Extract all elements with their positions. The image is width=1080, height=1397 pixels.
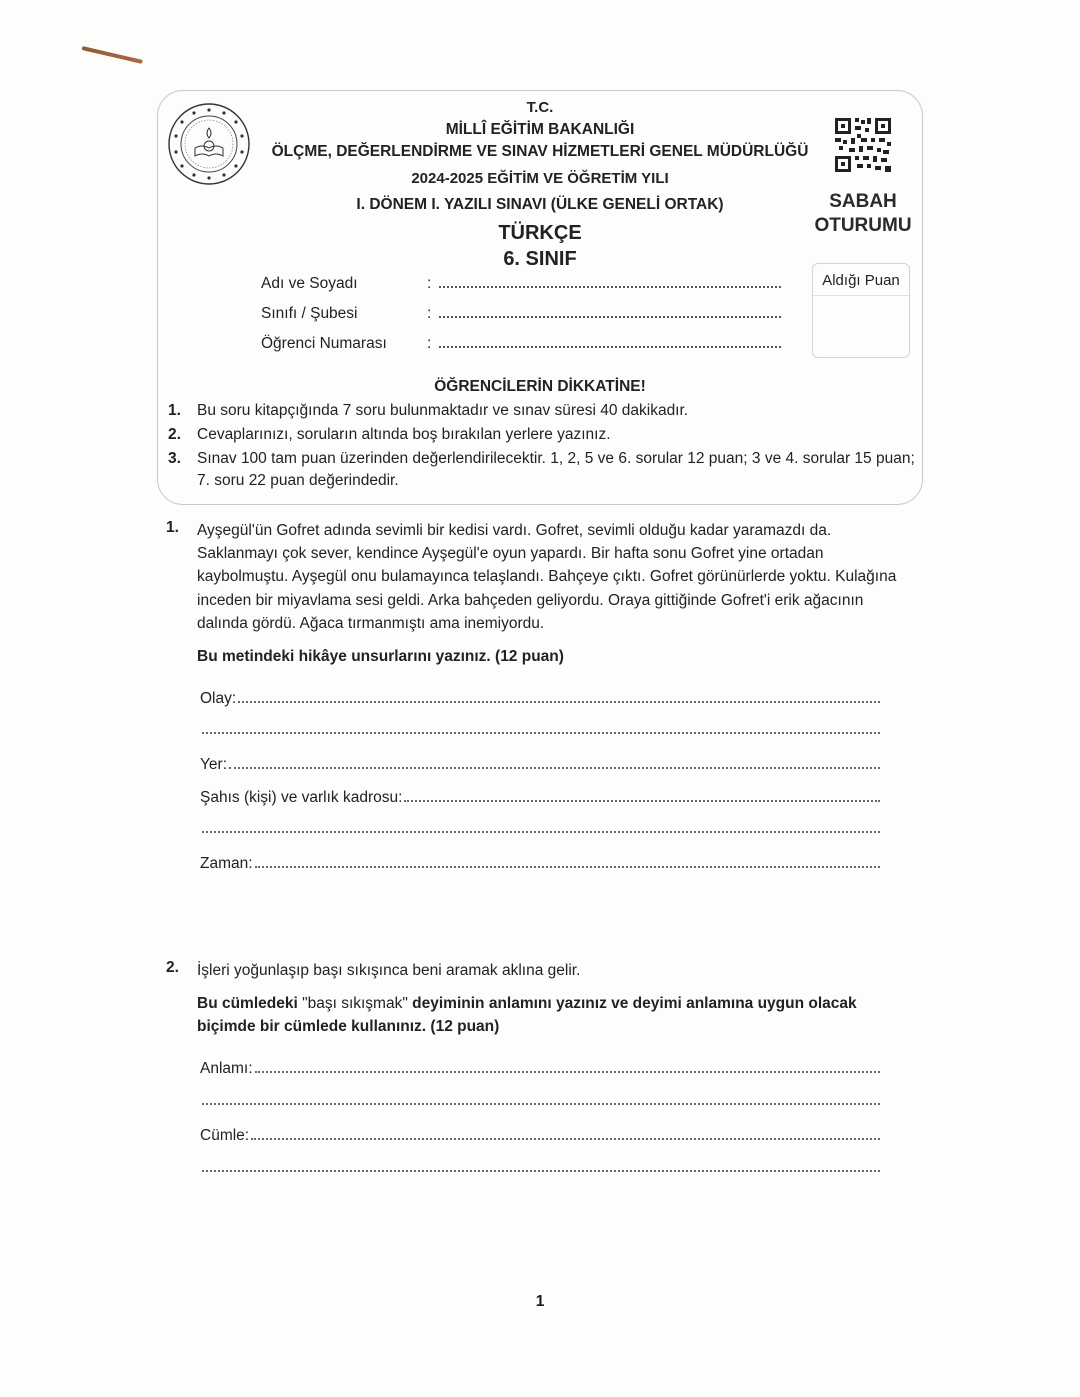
number-input-line[interactable] [439, 336, 781, 348]
answer-line-continuation[interactable] [200, 822, 880, 833]
answer-input-line[interactable] [255, 857, 880, 868]
qr-code-icon [835, 118, 891, 172]
question-passage: Ayşegül'ün Gofret adında sevimli bir ked… [197, 519, 916, 635]
answer-line-characters[interactable]: Şahıs (kişi) ve varlık kadrosu: [200, 789, 880, 807]
question-prompt: Bu metindeki hikâye unsurlarını yazınız.… [197, 645, 916, 668]
notice-text: Bu soru kitapçığında 7 soru bulunmaktadı… [197, 400, 688, 422]
ministry-seal-icon [167, 102, 251, 186]
field-colon: : [427, 275, 437, 293]
answer-line-event[interactable]: Olay: [200, 690, 880, 708]
answer-line-meaning[interactable]: Anlamı: [200, 1060, 880, 1078]
country-label: T.C. [255, 98, 825, 120]
pen-mark [82, 46, 143, 64]
question-1: 1. Ayşegül'ün Gofret adında sevimli bir … [166, 519, 916, 668]
answer-line-sentence[interactable]: Cümle: [200, 1127, 880, 1145]
student-name-field[interactable]: Adı ve Soyadı : [261, 275, 781, 305]
answer-label: Cümle: [200, 1127, 249, 1145]
question-sentence: İşleri yoğunlaşıp başı sıkışınca beni ar… [197, 959, 916, 982]
notice-item: 1. Bu soru kitapçığında 7 soru bulunmakt… [168, 400, 918, 422]
exam-title-block: T.C. MİLLÎ EĞİTİM BAKANLIĞI ÖLÇME, DEĞER… [255, 98, 825, 273]
question-number: 2. [166, 959, 197, 1038]
notice-number: 1. [168, 400, 197, 422]
answer-input-line[interactable] [202, 822, 880, 833]
answer-input-line[interactable] [255, 1062, 880, 1073]
answer-input-line[interactable] [202, 1094, 880, 1105]
answer-label: Zaman: [200, 855, 253, 873]
answer-input-line[interactable] [202, 1161, 880, 1172]
field-colon: : [427, 335, 437, 353]
notice-list: 1. Bu soru kitapçığında 7 soru bulunmakt… [168, 400, 918, 494]
answer-label: Anlamı: [200, 1060, 253, 1078]
question-number: 1. [166, 519, 197, 668]
class-input-line[interactable] [439, 306, 781, 318]
notice-text: Cevaplarınızı, soruların altında boş bır… [197, 424, 611, 446]
session-line-2: OTURUMU [808, 214, 918, 238]
notice-number: 3. [168, 448, 197, 492]
field-label: Sınıfı / Şubesi [261, 305, 427, 323]
student-number-field[interactable]: Öğrenci Numarası : [261, 335, 781, 365]
prompt-part: Bu cümledeki [197, 995, 302, 1012]
answer-label: Olay: [200, 690, 236, 708]
field-label: Adı ve Soyadı [261, 275, 427, 293]
notice-number: 2. [168, 424, 197, 446]
question-prompt: Bu cümledeki "başı sıkışmak" deyiminin a… [197, 992, 916, 1038]
answer-line-continuation[interactable] [200, 1161, 880, 1172]
session-label: SABAH OTURUMU [808, 190, 918, 238]
notice-item: 3. Sınav 100 tam puan üzerinden değerlen… [168, 448, 918, 492]
answer-input-line[interactable] [404, 791, 880, 802]
page-number: 1 [530, 1293, 550, 1311]
notice-text: Sınav 100 tam puan üzerinden değerlendir… [197, 448, 918, 492]
academic-year: 2024-2025 EĞİTİM VE ÖĞRETİM YILI [255, 169, 825, 191]
score-label: Aldığı Puan [813, 264, 909, 296]
name-input-line[interactable] [439, 276, 781, 288]
answer-input-line[interactable] [229, 758, 880, 769]
subject-title: TÜRKÇE [255, 221, 825, 247]
exam-name: I. DÖNEM I. YAZILI SINAVI (ÜLKE GENELİ O… [255, 195, 825, 217]
answer-line-time[interactable]: Zaman: [200, 855, 880, 873]
idiom-quote: "başı sıkışmak" [302, 995, 408, 1012]
answer-input-line[interactable] [238, 692, 880, 703]
notice-title: ÖĞRENCİLERİN DİKKATİNE! [157, 378, 923, 396]
ministry-name: MİLLÎ EĞİTİM BAKANLIĞI [255, 120, 825, 142]
student-class-field[interactable]: Sınıfı / Şubesi : [261, 305, 781, 335]
field-label: Öğrenci Numarası [261, 335, 427, 353]
student-info-fields: Adı ve Soyadı : Sınıfı / Şubesi : Öğrenc… [261, 275, 781, 365]
answer-label: Şahıs (kişi) ve varlık kadrosu: [200, 789, 402, 807]
session-line-1: SABAH [808, 190, 918, 214]
answer-line-place[interactable]: Yer: [200, 756, 880, 774]
question-2: 2. İşleri yoğunlaşıp başı sıkışınca beni… [166, 959, 916, 1038]
field-colon: : [427, 305, 437, 323]
answer-input-line[interactable] [251, 1129, 880, 1140]
notice-item: 2. Cevaplarınızı, soruların altında boş … [168, 424, 918, 446]
grade-title: 6. SINIF [255, 247, 825, 273]
answer-label: Yer: [200, 756, 227, 774]
answer-input-line[interactable] [202, 723, 880, 734]
directorate-name: ÖLÇME, DEĞERLENDİRME VE SINAV HİZMETLERİ… [255, 142, 825, 164]
answer-line-continuation[interactable] [200, 723, 880, 734]
score-box[interactable]: Aldığı Puan [812, 263, 910, 358]
answer-line-continuation[interactable] [200, 1094, 880, 1105]
